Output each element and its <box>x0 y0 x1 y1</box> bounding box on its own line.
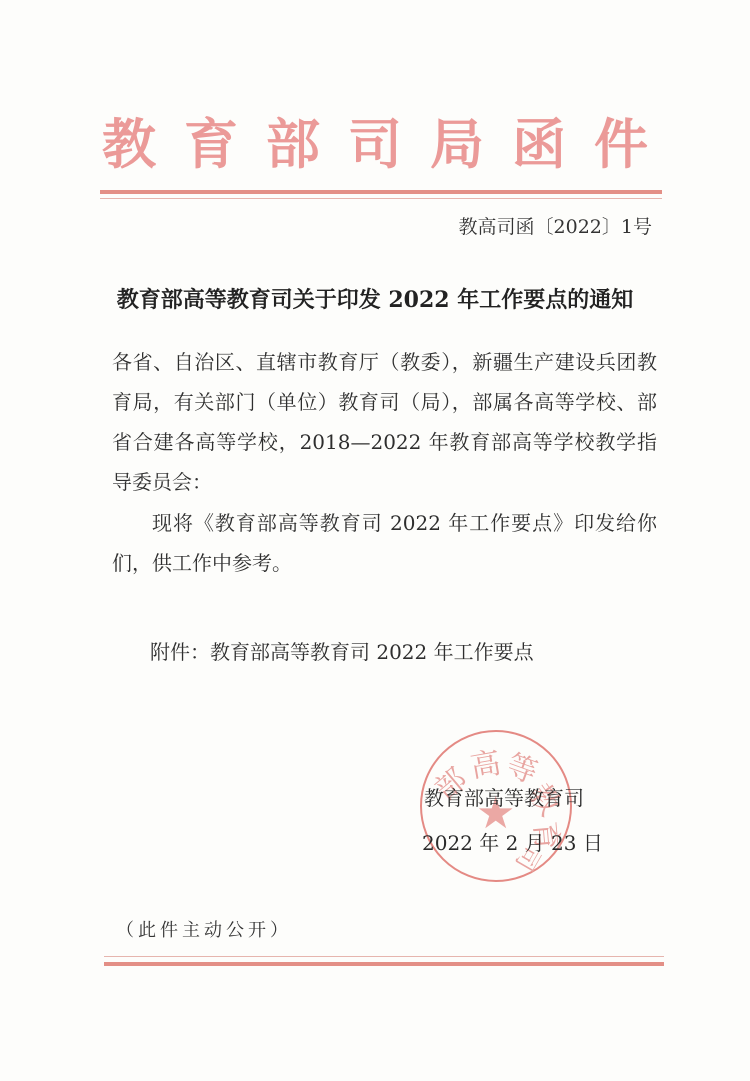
document-title: 教育部高等教育司关于印发 2022 年工作要点的通知 <box>0 283 750 314</box>
disclosure-note: （此件主动公开） <box>116 916 292 942</box>
issuer-name: 教育部高等教育司 <box>424 782 584 811</box>
header-rule-thin <box>100 198 662 199</box>
footer-rule-thick <box>104 962 664 966</box>
attachment-line: 附件：教育部高等教育司 2022 年工作要点 <box>150 632 650 672</box>
document-number: 教高司函〔2022〕1号 <box>459 212 652 239</box>
issue-date: 2022 年 2 月 23 日 <box>422 827 603 856</box>
body-text: 现将《教育部高等教育司 2022 年工作要点》印发给你们，供工作中参考。 <box>112 503 657 583</box>
seal-char: 高 <box>466 738 503 787</box>
header-rule-thick <box>100 190 662 194</box>
addressees: 各省、自治区、直辖市教育厅（教委），新疆生产建设兵团教育局，有关部门（单位）教育… <box>112 342 657 502</box>
footer-rule-thin <box>104 956 664 957</box>
masthead-title: 教育部司局函件 <box>0 112 750 176</box>
